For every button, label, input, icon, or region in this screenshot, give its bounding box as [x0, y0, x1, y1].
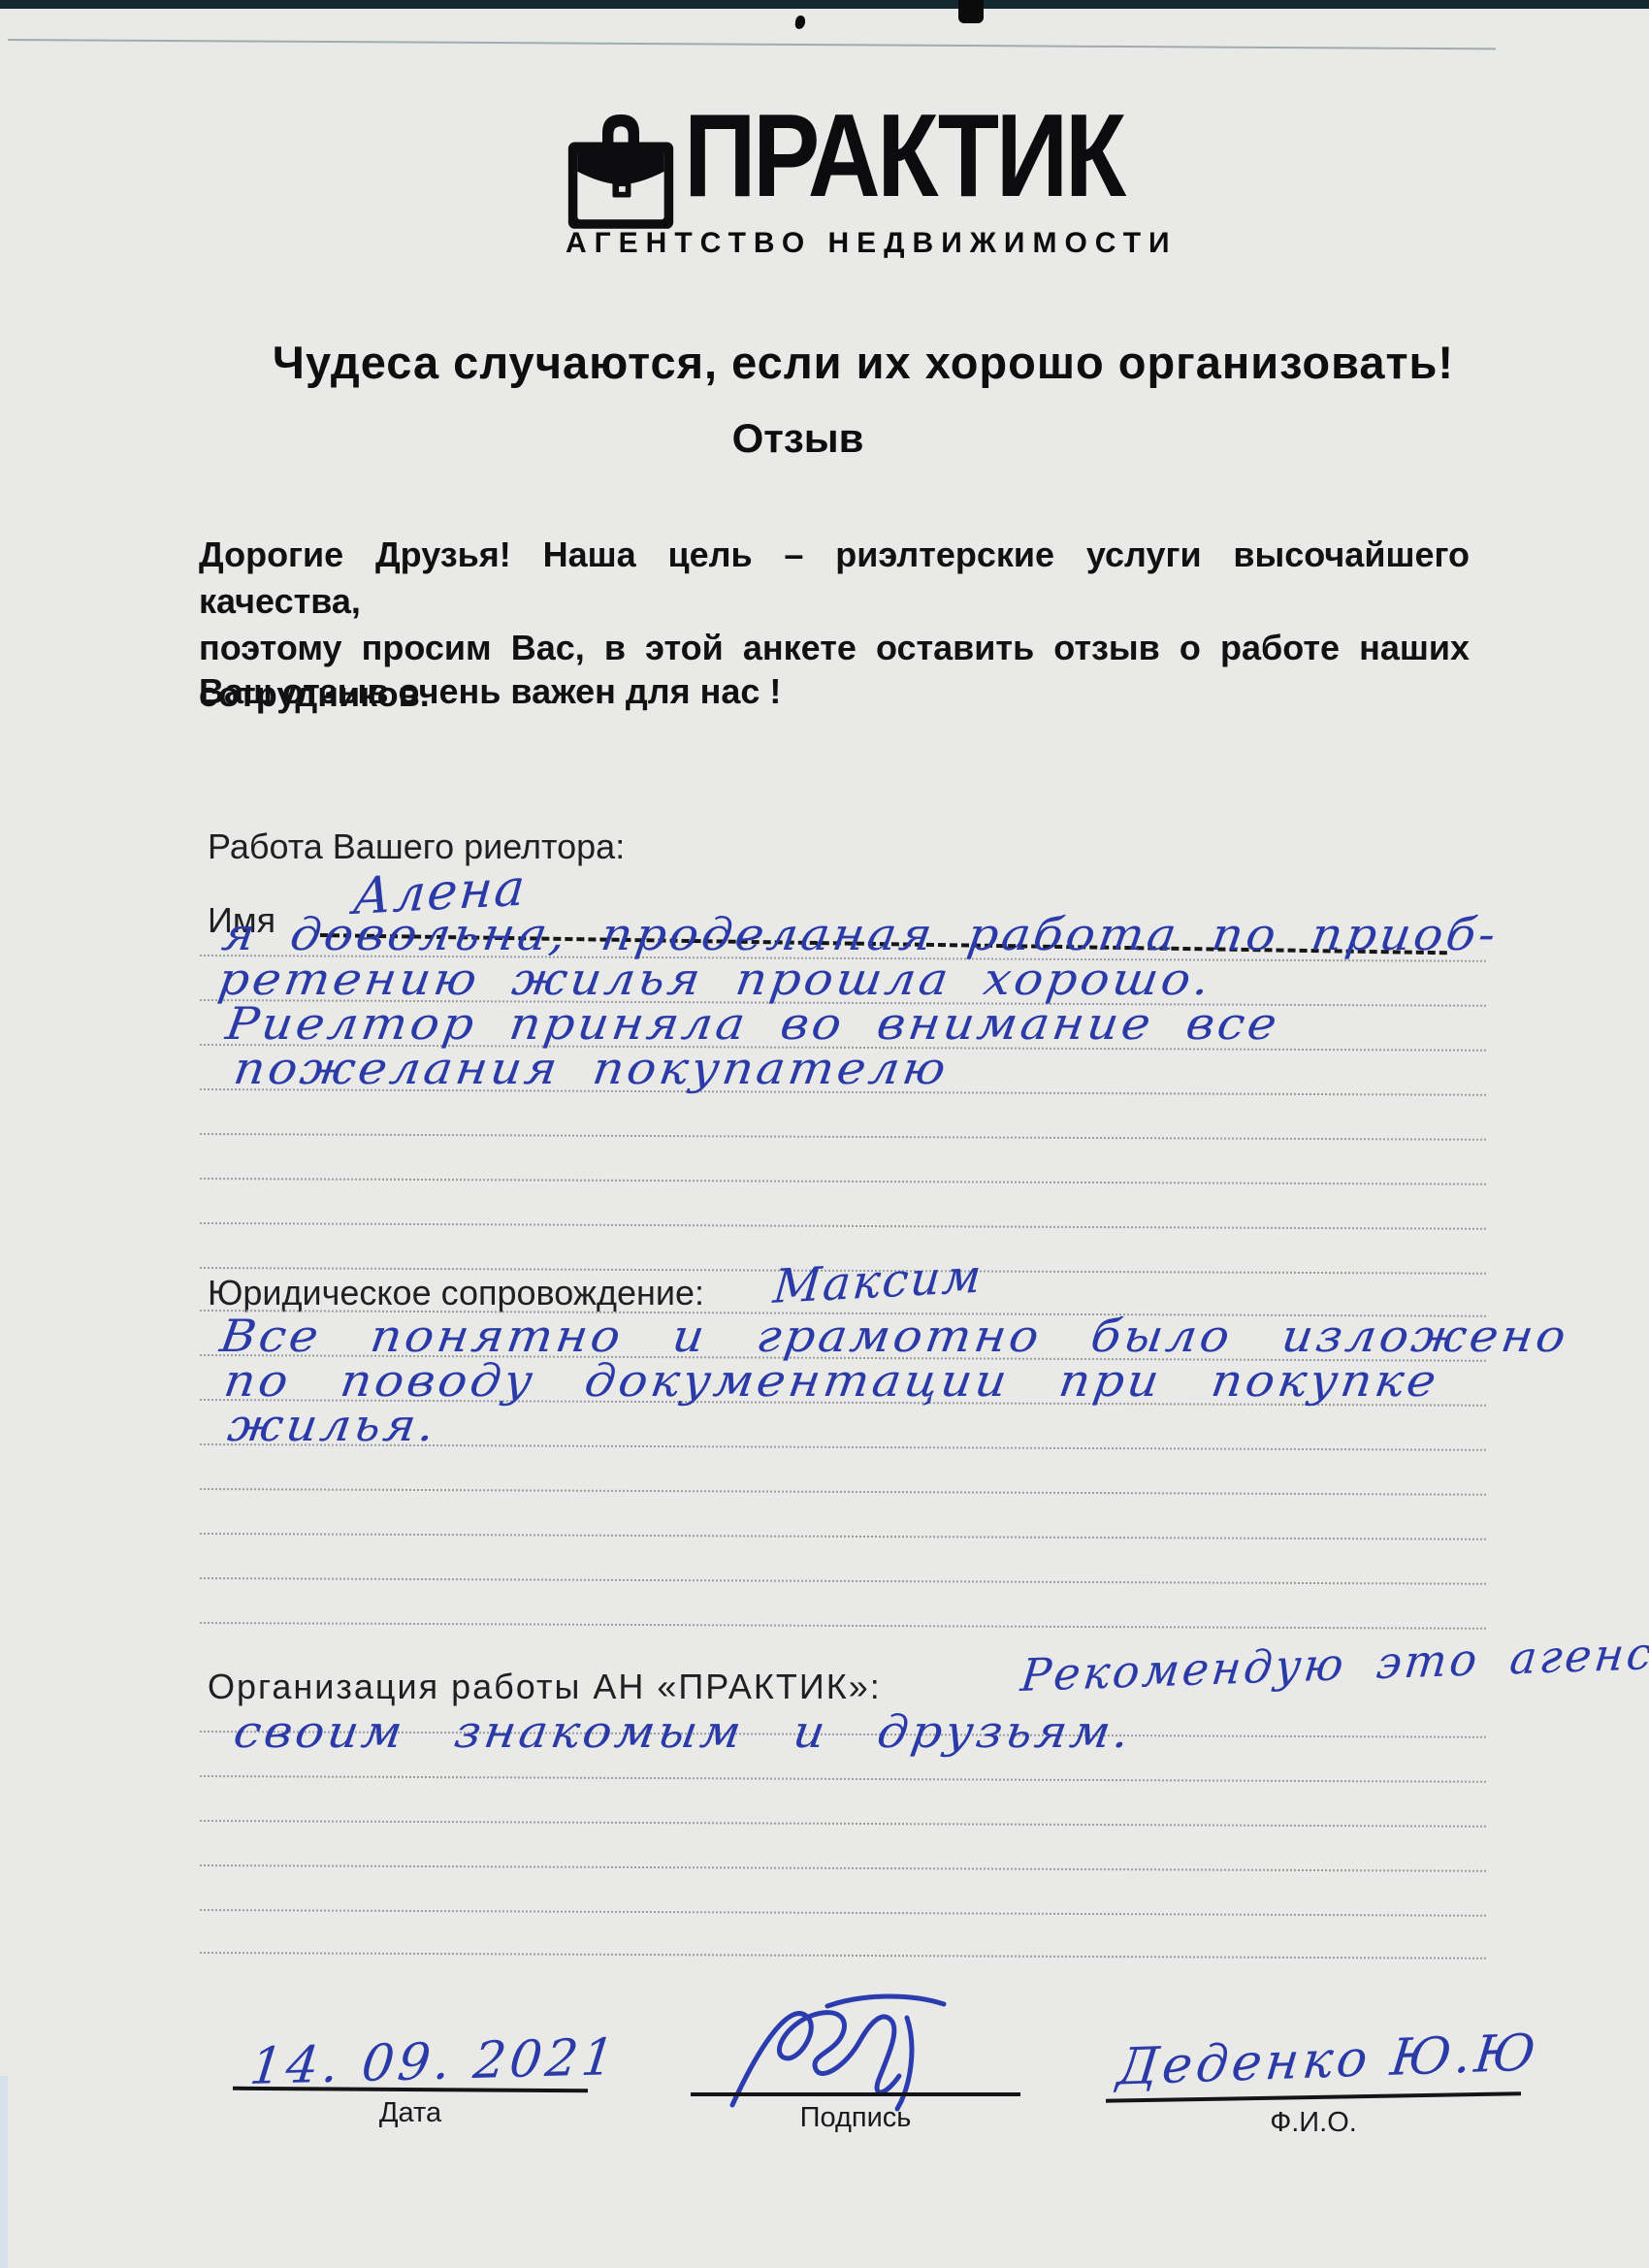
ruled-line — [200, 1864, 1486, 1872]
ruled-line — [200, 1533, 1486, 1540]
date-label: Дата — [233, 2097, 588, 2129]
scan-edge-notch — [958, 0, 984, 23]
handwriting-line: своим знакомым и друзьям. — [231, 1707, 1135, 1756]
ruled-line — [200, 1577, 1486, 1585]
handwriting-line: Все понятно и грамотно было изложено — [217, 1312, 1571, 1360]
handwriting-line: я довольна, проделаная работа по приоб- — [219, 910, 1502, 958]
scanned-feedback-form: ПРАКТИК АГЕНТСТВО НЕДВИЖИМОСТИ Чудеса сл… — [0, 0, 1649, 2268]
brand-name: ПРАКТИК — [684, 93, 1123, 217]
ruled-line — [200, 1952, 1486, 1960]
signature-line — [691, 2092, 1020, 2096]
intro-line: Дорогие Друзья! Наша цель – риэлтерские … — [199, 532, 1470, 625]
handwriting-line: жилья. — [225, 1401, 440, 1449]
handwriting-line: пожелания покупателю — [231, 1044, 952, 1092]
handwriting-line: ретению жилья прошла хорошо. — [215, 955, 1215, 1003]
ruled-line — [200, 1488, 1486, 1496]
ink-dot-artifact — [794, 15, 806, 29]
scan-edge-strip — [0, 0, 1649, 9]
ruled-line — [200, 1222, 1486, 1230]
section-organization-label: Организация работы АН «ПРАКТИК»: — [208, 1667, 882, 1707]
ruled-line — [200, 1133, 1486, 1141]
fio-value-handwriting: Деденко Ю.Ю — [1115, 2024, 1542, 2096]
logo-subtitle: АГЕНТСТВО НЕДВИЖИМОСТИ — [566, 227, 1157, 260]
briefcase-icon — [566, 107, 676, 233]
handwriting-line: Риелтор приняла во внимание все — [223, 999, 1283, 1048]
section-realtor-label: Работа Вашего риелтора: — [208, 826, 625, 867]
scan-artifact-line — [8, 39, 1496, 49]
signature-scribble — [713, 1991, 1014, 2119]
intro-line: поэтому просим Вас, в этой анкете остави… — [199, 625, 1470, 671]
agency-logo: ПРАКТИК АГЕНТСТВО НЕДВИЖИМОСТИ — [566, 105, 1167, 250]
legal-name-handwriting: Максим — [771, 1249, 985, 1313]
handwriting-line: по поводу документации при покупке — [221, 1356, 1442, 1405]
ruled-line — [200, 1820, 1486, 1828]
ruled-line — [200, 1909, 1486, 1917]
scan-edge-sliver — [0, 2076, 8, 2268]
intro-note: Ваш отзыв очень важен для нас ! — [199, 671, 781, 712]
signature-label: Подпись — [691, 2102, 1020, 2134]
form-title: Отзыв — [0, 415, 1596, 462]
organization-inline-handwriting: Рекомендую это агенство — [1018, 1625, 1649, 1700]
slogan: Чудеса случаются, если их хорошо организ… — [78, 336, 1649, 389]
ruled-line — [200, 1178, 1486, 1185]
fio-label: Ф.И.О. — [1106, 2107, 1521, 2139]
ruled-line — [200, 1775, 1486, 1783]
ruled-line — [200, 1622, 1486, 1630]
section-legal-label: Юридическое сопровождение: — [208, 1273, 704, 1313]
